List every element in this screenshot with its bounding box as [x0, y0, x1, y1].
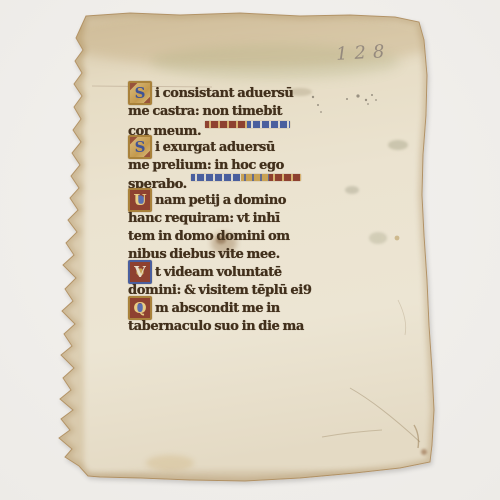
manuscript-line: hanc requiram: vt inhī — [128, 210, 358, 228]
folio-number: 128 — [335, 40, 406, 65]
line-text: m abscondit me in — [155, 301, 280, 316]
manuscript-line: Unam petij a domino — [128, 192, 358, 210]
illuminated-initial: V — [128, 260, 152, 284]
line-text: i exurgat aduersū — [155, 140, 275, 155]
manuscript-line: domini: & visitem tēplū ei9 — [128, 282, 358, 300]
manuscript-line: Si consistant aduersū — [128, 85, 358, 103]
manuscript-line: me prelium: in hoc ego — [128, 157, 358, 175]
manuscript-line: tem in domo domini om — [128, 228, 358, 246]
illuminated-initial: Q — [128, 296, 152, 320]
line-text: i consistant aduersū — [155, 86, 293, 101]
manuscript-line: tabernaculo suo in die ma — [128, 318, 358, 336]
line-text: tem in domo domini om — [128, 229, 290, 244]
illuminated-initial: S — [128, 135, 152, 159]
line-filler — [205, 121, 290, 128]
manuscript-line: sperabo. — [128, 174, 358, 192]
line-text: hanc requiram: vt inhī — [128, 211, 280, 226]
manuscript-line: Si exurgat aduersū — [128, 139, 358, 157]
manuscript-line: Qm abscondit me in — [128, 300, 358, 318]
line-filler — [191, 174, 301, 181]
line-text: domini: & visitem tēplū ei9 — [128, 283, 311, 298]
manuscript-line: cor meum. — [128, 121, 358, 139]
line-text: me castra: non timebit — [128, 104, 282, 119]
manuscript-line: Vt videam voluntatē — [128, 264, 358, 282]
line-text: t videam voluntatē — [155, 265, 282, 280]
line-text: nam petij a domino — [155, 193, 286, 208]
photo-backdrop: 128 Si consistant aduersū me castra: non… — [0, 0, 500, 500]
manuscript-line: me castra: non timebit — [128, 103, 358, 121]
illuminated-initial: U — [128, 188, 152, 212]
illuminated-initial: S — [128, 81, 152, 105]
line-text: tabernaculo suo in die ma — [128, 319, 304, 334]
manuscript-line: nibus diebus vite mee. — [128, 246, 358, 264]
manuscript-text-block: Si consistant aduersū me castra: non tim… — [128, 85, 358, 335]
line-text: me prelium: in hoc ego — [128, 158, 284, 173]
